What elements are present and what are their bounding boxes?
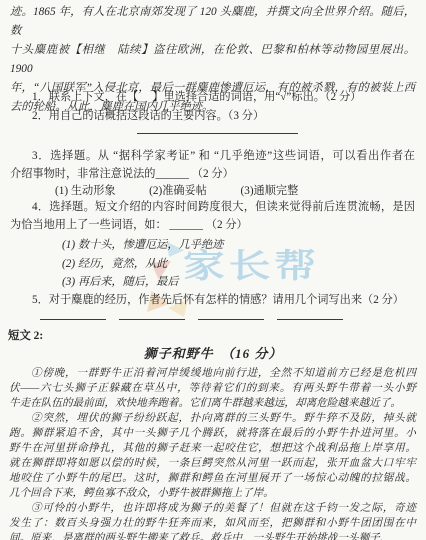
- section2-label: 短文 2:: [8, 327, 43, 343]
- passage2-para3: ③可怜的小野牛，也许即将成为狮子的美餐了！但就在这千钧一发之际，奇迹发生了：数百…: [9, 501, 416, 540]
- question-1: 1．联系上下文，在【 】里选择合适的词语，用“√”标出。（2 分）: [10, 88, 415, 107]
- answer-blank: [40, 319, 106, 320]
- question-2: 2．用自己的话概括这段话的主要内容。（3 分）: [10, 107, 415, 126]
- question-4-option: (3) 再后来，随后，最后: [62, 273, 415, 292]
- question-3-line1: 3．选择题。从 “据科学家考证” 和 “几乎绝迹”这些词语，可以看出作者在: [10, 147, 415, 166]
- question-4-option: (1) 数十头，惨遭厄运，几乎绝迹: [62, 236, 415, 255]
- passage-line: 发生了：数百头身强力壮的野牛狂奔而来，如风而至，把狮群和小野牛团团围在中: [9, 516, 416, 531]
- passage-line: 就在狮群即将如愿以偿的时候，一条巨鳄突然从河里一跃而起，张开血盆大口牢牢: [9, 456, 416, 471]
- scanned-test-paper: 家长帮 迹。1865 年，有人在北京南郊发现了 120 头麋鹿，并撰文向全世界介…: [0, 0, 426, 540]
- answer-blank: [198, 319, 264, 320]
- question-5: 5．对于麋鹿的经历，作者先后怀有怎样的情感？请用几个词写出来（2 分）: [10, 291, 415, 310]
- passage2-para2: ②突然，埋伏的狮子纷纷跃起，扑向离群的三头野牛。野牛猝不及防，掉头就跑。狮群紧追…: [9, 411, 416, 501]
- answer-blank: [277, 319, 343, 320]
- answer-blank: [119, 319, 185, 320]
- passage-line: 牛走在队伍的最前面，欢快地奔跑着。它们离牛群越来越远，却离危险越来越近了。: [9, 396, 416, 411]
- passage-line: 几个回合下来，鳄鱼寡不敌众，小野牛被群狮拖上了岸。: [9, 486, 416, 501]
- passage2-title: 狮子和野牛 （16 分）: [0, 343, 426, 362]
- passage-line: 十头麋鹿被【相继 陆续】盗往欧洲，在伦敦、巴黎和柏林等动物园里展出。1900: [10, 41, 415, 79]
- question-4-line1: 4．选择题。短文介绍的内容时间跨度很大，但读来觉得前后连贯流畅，是因: [10, 198, 415, 217]
- passage-line: 伏——六七头狮子正躲藏在草丛中，等待着它们的到来。有两头野牛带着一头小野: [9, 381, 416, 396]
- passage-line: 迹。1865 年，有人在北京南郊发现了 120 头麋鹿，并撰文向全世界介绍。随后…: [10, 3, 415, 41]
- passage-line: 野牛在河里拼命挣扎，其他的狮子赶来一起咬住它，想把这个战利品拖上岸享用。: [9, 441, 416, 456]
- passage-line: 跑。狮群紧追不舍，其中一头狮子几个腾跃，就将落在最后的小野牛扑进河里。小: [9, 426, 416, 441]
- passage-line: ①傍晚，一群野牛正沿着河岸缓缓地向前行进，全然不知道前方已经是危机四: [9, 366, 416, 381]
- passage-lion-and-buffalo: ①傍晚，一群野牛正沿着河岸缓缓地向前行进，全然不知道前方已经是危机四伏——六七头…: [9, 366, 416, 540]
- passage2-para1: ①傍晚，一群野牛正沿着河岸缓缓地向前行进，全然不知道前方已经是危机四伏——六七头…: [9, 366, 416, 411]
- passage-line: ②突然，埋伏的狮子纷纷跃起，扑向离群的三头野牛。野牛猝不及防，掉头就: [9, 411, 416, 426]
- passage-line: 地咬住了小野牛的尾巴。这时，狮群和鳄鱼在河里展开了一场惊心动魄的拉锯战。: [9, 471, 416, 486]
- answer-blank-line: [137, 133, 298, 134]
- question-4-options: (1) 数十头，惨遭厄运，几乎绝迹(2) 经历，竟然，从此(3) 再后来，随后，…: [10, 236, 415, 292]
- question-4-line2: 为恰当地用上了一些词语，如： ______ （2 分）: [10, 216, 415, 235]
- passage-line: 间。原来，是离群的两头野牛搬来了救兵。救兵中，一头野牛开始挑战一头狮子，: [9, 531, 416, 540]
- question-4-option: (2) 经历，竟然，从此: [62, 255, 415, 274]
- passage-line: ③可怜的小野牛，也许即将成为狮子的美餐了！但就在这千钧一发之际，奇迹: [9, 501, 416, 516]
- answer-blank-row: [40, 319, 356, 321]
